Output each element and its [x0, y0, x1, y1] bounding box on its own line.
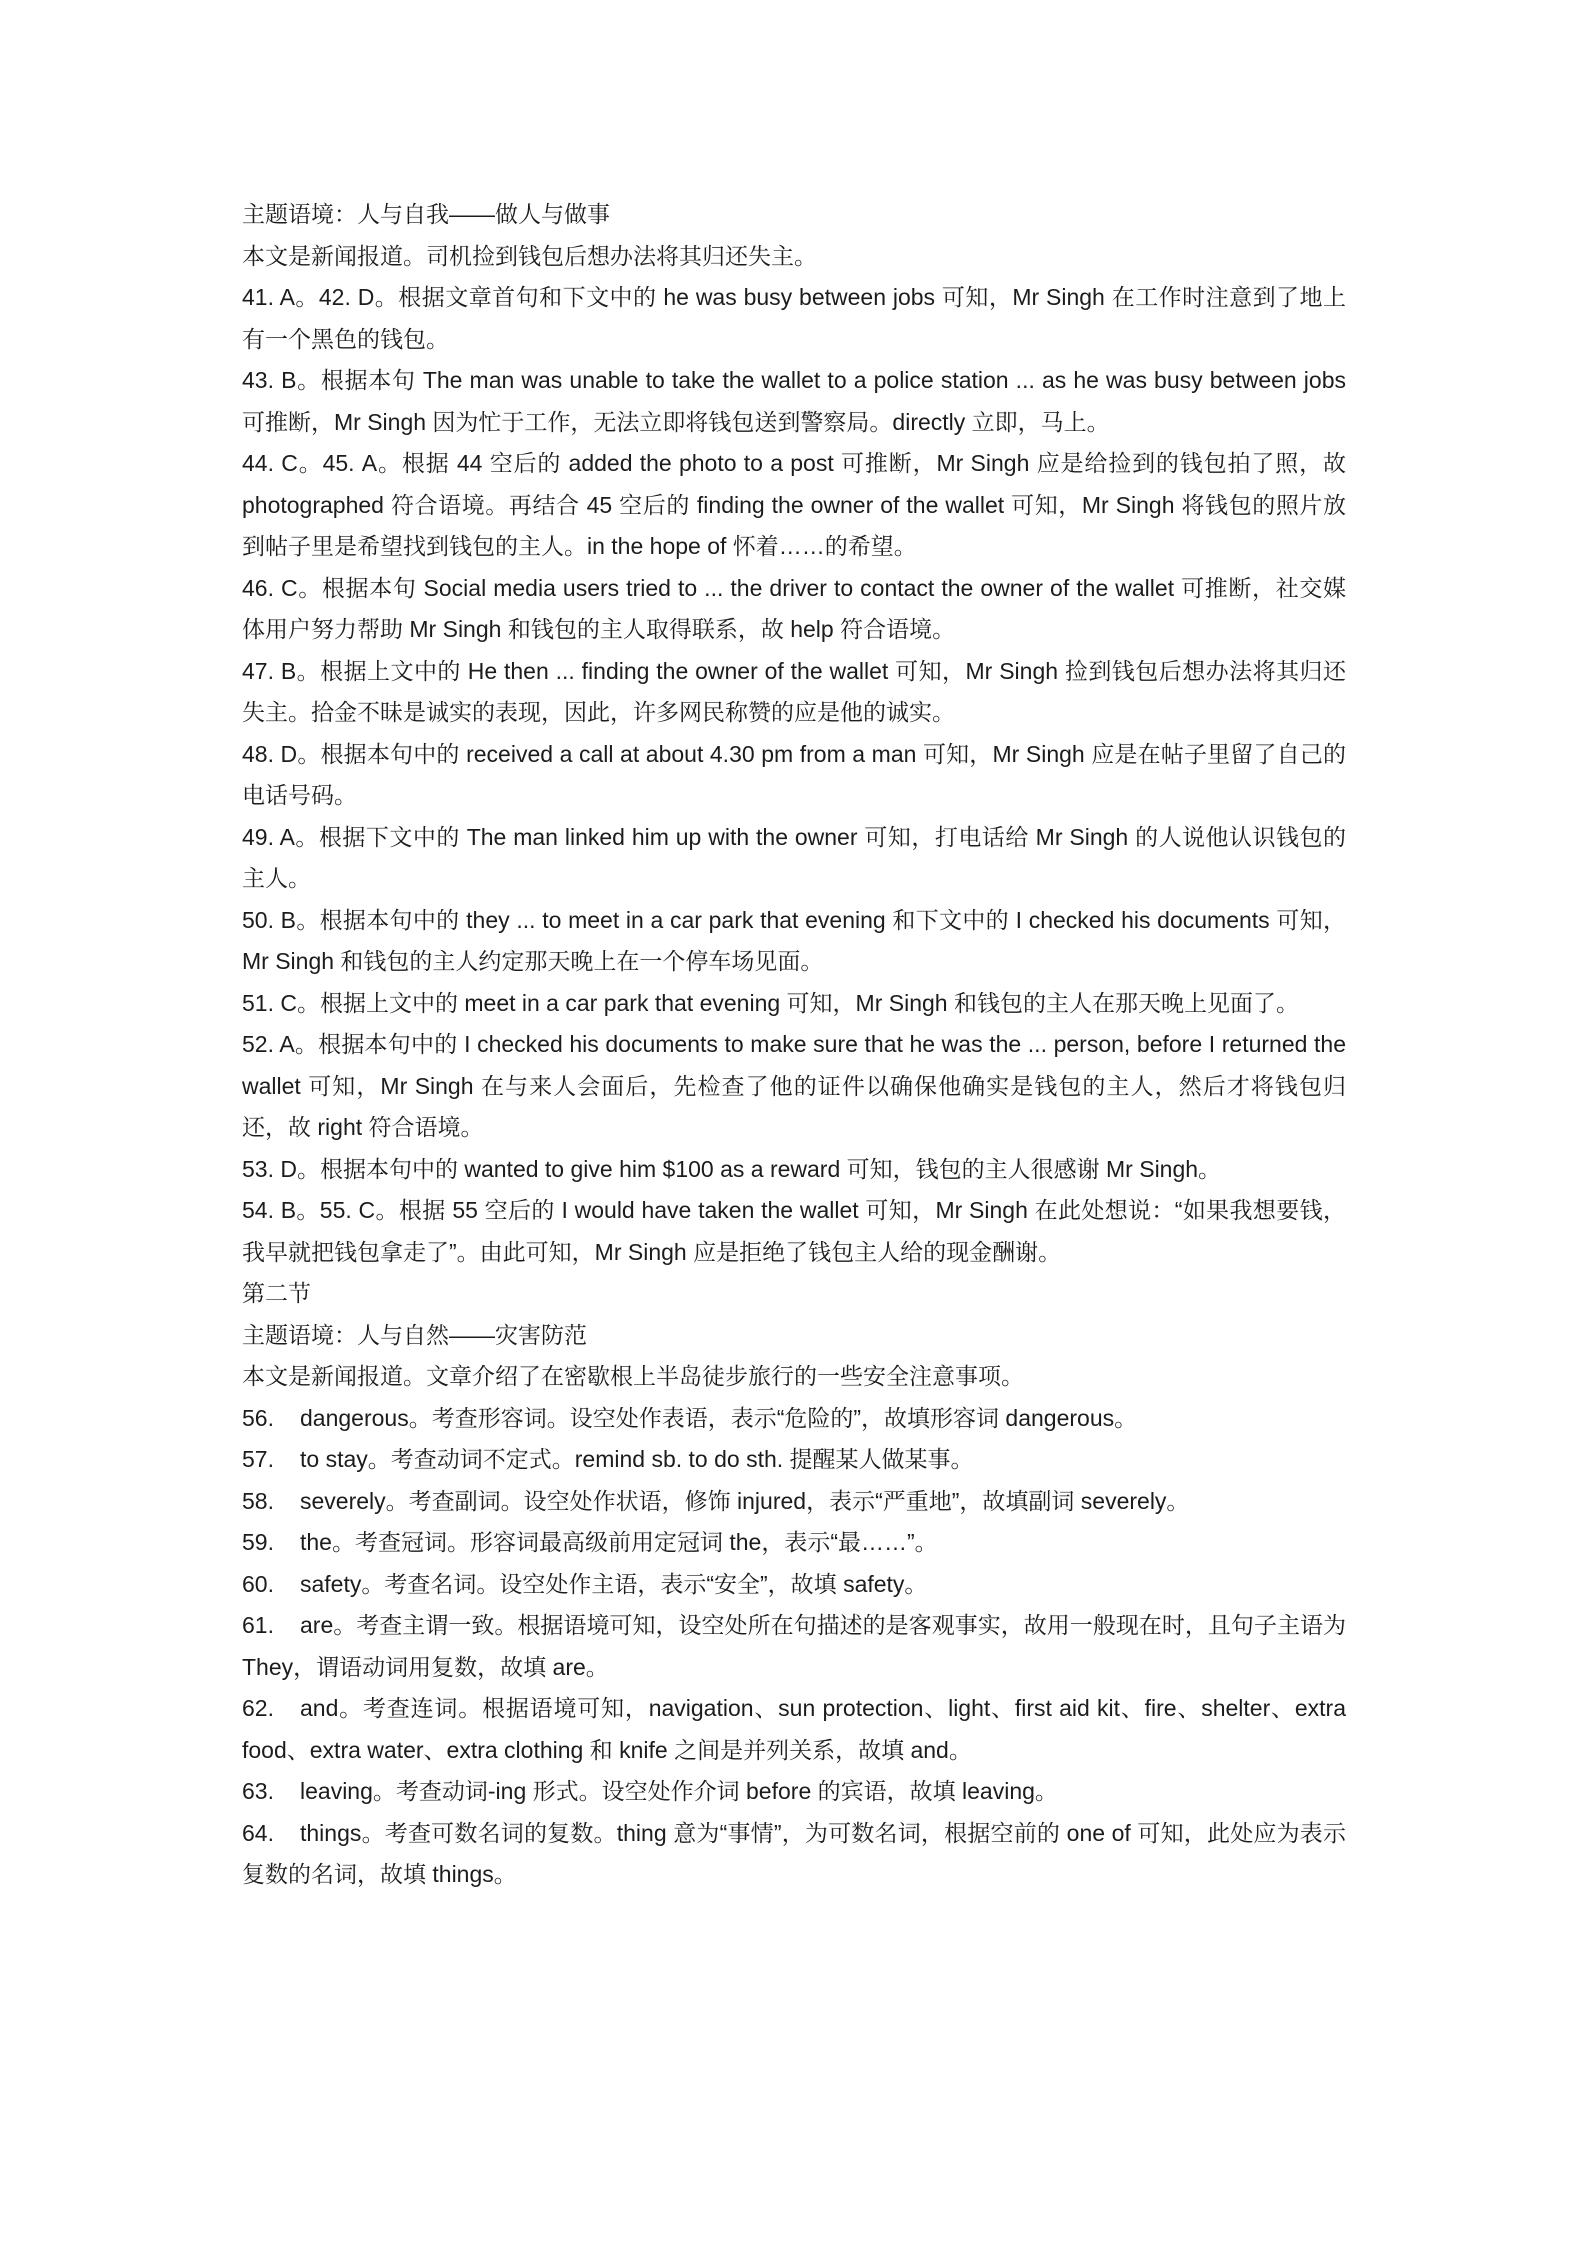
explanation-47: 47. B。根据上文中的 He then ... finding the own… [242, 651, 1346, 734]
theme-line-part2: 主题语境：人与自然——灾害防范 [242, 1315, 1346, 1357]
item-text: the。考查冠词。形容词最高级前用定冠词 the，表示“最……”。 [300, 1529, 938, 1555]
section-part1: 主题语境：人与自我——做人与做事 本文是新闻报道。司机捡到钱包后想办法将其归还失… [242, 194, 1346, 1273]
summary-line-part2: 本文是新闻报道。文章介绍了在密歇根上半岛徒步旅行的一些安全注意事项。 [242, 1356, 1346, 1398]
item-number: 63. [242, 1771, 300, 1813]
item-number: 58. [242, 1481, 300, 1523]
explanation-49: 49. A。根据下文中的 The man linked him up with … [242, 817, 1346, 900]
summary-line-part1: 本文是新闻报道。司机捡到钱包后想办法将其归还失主。 [242, 236, 1346, 278]
explanation-41-42: 41. A。42. D。根据文章首句和下文中的 he was busy betw… [242, 277, 1346, 360]
item-text: things。考查可数名词的复数。thing 意为“事情”，为可数名词，根据空前… [242, 1820, 1346, 1888]
item-text: safety。考查名词。设空处作主语，表示“安全”，故填 safety。 [300, 1571, 927, 1597]
explanation-62: 62.and。考查连词。根据语境可知，navigation、sun protec… [242, 1688, 1346, 1771]
explanation-60: 60.safety。考查名词。设空处作主语，表示“安全”，故填 safety。 [242, 1564, 1346, 1606]
section-label-part2: 第二节 [242, 1273, 1346, 1315]
item-number: 61. [242, 1605, 300, 1647]
item-number: 59. [242, 1522, 300, 1564]
item-number: 57. [242, 1439, 300, 1481]
section-part2: 第二节 主题语境：人与自然——灾害防范 本文是新闻报道。文章介绍了在密歇根上半岛… [242, 1273, 1346, 1896]
explanation-64: 64.things。考查可数名词的复数。thing 意为“事情”，为可数名词，根… [242, 1813, 1346, 1896]
explanation-51: 51. C。根据上文中的 meet in a car park that eve… [242, 983, 1346, 1025]
explanation-52: 52. A。根据本句中的 I checked his documents to … [242, 1024, 1346, 1149]
item-text: leaving。考查动词-ing 形式。设空处作介词 before 的宾语，故填… [300, 1778, 1058, 1804]
explanation-48: 48. D。根据本句中的 received a call at about 4.… [242, 734, 1346, 817]
explanation-46: 46. C。根据本句 Social media users tried to .… [242, 568, 1346, 651]
explanation-50: 50. B。根据本句中的 they ... to meet in a car p… [242, 900, 1346, 983]
item-text: severely。考查副词。设空处作状语，修饰 injured，表示“严重地”，… [300, 1488, 1189, 1514]
item-text: to stay。考查动词不定式。remind sb. to do sth. 提醒… [300, 1446, 974, 1472]
item-text: are。考查主谓一致。根据语境可知，设空处所在句描述的是客观事实，故用一般现在时… [242, 1612, 1346, 1680]
answer-key-content: 主题语境：人与自我——做人与做事 本文是新闻报道。司机捡到钱包后想办法将其归还失… [242, 194, 1346, 1896]
explanation-43: 43. B。根据本句 The man was unable to take th… [242, 360, 1346, 443]
theme-line-part1: 主题语境：人与自我——做人与做事 [242, 194, 1346, 236]
item-text: and。考查连词。根据语境可知，navigation、sun protectio… [242, 1695, 1346, 1763]
explanation-57: 57.to stay。考查动词不定式。remind sb. to do sth.… [242, 1439, 1346, 1481]
item-text: dangerous。考查形容词。设空处作表语，表示“危险的”，故填形容词 dan… [300, 1405, 1137, 1431]
explanation-61: 61.are。考查主谓一致。根据语境可知，设空处所在句描述的是客观事实，故用一般… [242, 1605, 1346, 1688]
item-number: 60. [242, 1564, 300, 1606]
item-number: 64. [242, 1813, 300, 1855]
explanation-59: 59.the。考查冠词。形容词最高级前用定冠词 the，表示“最……”。 [242, 1522, 1346, 1564]
explanation-53: 53. D。根据本句中的 wanted to give him $100 as … [242, 1149, 1346, 1191]
explanation-63: 63.leaving。考查动词-ing 形式。设空处作介词 before 的宾语… [242, 1771, 1346, 1813]
explanation-54-55: 54. B。55. C。根据 55 空后的 I would have taken… [242, 1190, 1346, 1273]
document-page: 主题语境：人与自我——做人与做事 本文是新闻报道。司机捡到钱包后想办法将其归还失… [0, 0, 1587, 2245]
explanation-56: 56.dangerous。考查形容词。设空处作表语，表示“危险的”，故填形容词 … [242, 1398, 1346, 1440]
item-number: 62. [242, 1688, 300, 1730]
explanation-44-45: 44. C。45. A。根据 44 空后的 added the photo to… [242, 443, 1346, 568]
explanation-58: 58.severely。考查副词。设空处作状语，修饰 injured，表示“严重… [242, 1481, 1346, 1523]
item-number: 56. [242, 1398, 300, 1440]
